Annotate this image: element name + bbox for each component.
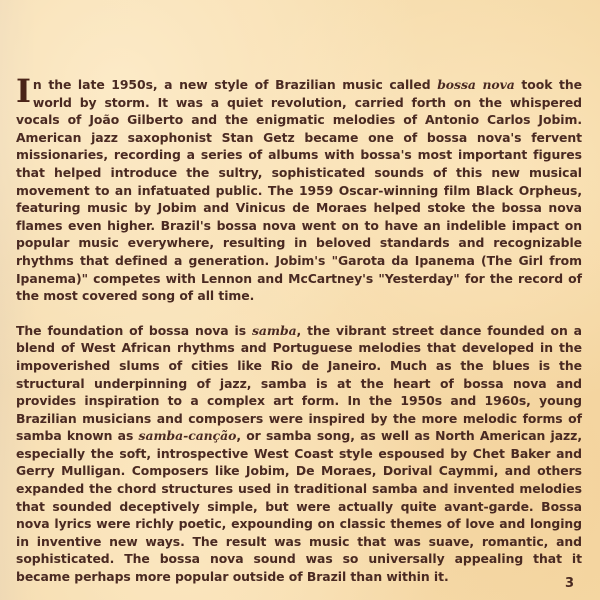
text-segment: , the vibrant street dance founded on a …	[16, 323, 582, 444]
italic-term-samba: samba	[252, 323, 297, 338]
text-segment: The foundation of bossa nova is	[16, 323, 252, 338]
page-number: 3	[565, 576, 574, 591]
italic-term-bossa-nova: bossa nova	[437, 77, 515, 92]
text-segment: , or samba song, as well as North Americ…	[16, 428, 582, 584]
text-segment: n the late 1950s, a new style of Brazili…	[33, 77, 437, 92]
text-segment: took the world by storm. It was a quiet …	[16, 77, 582, 303]
booklet-page: In the late 1950s, a new style of Brazil…	[0, 0, 600, 600]
paragraph-samba: The foundation of bossa nova is samba, t…	[16, 322, 582, 586]
paragraph-intro: In the late 1950s, a new style of Brazil…	[16, 76, 582, 305]
drop-cap: I	[16, 77, 31, 105]
body-text: In the late 1950s, a new style of Brazil…	[16, 76, 582, 586]
italic-term-samba-cancao: samba-canção	[139, 428, 237, 443]
